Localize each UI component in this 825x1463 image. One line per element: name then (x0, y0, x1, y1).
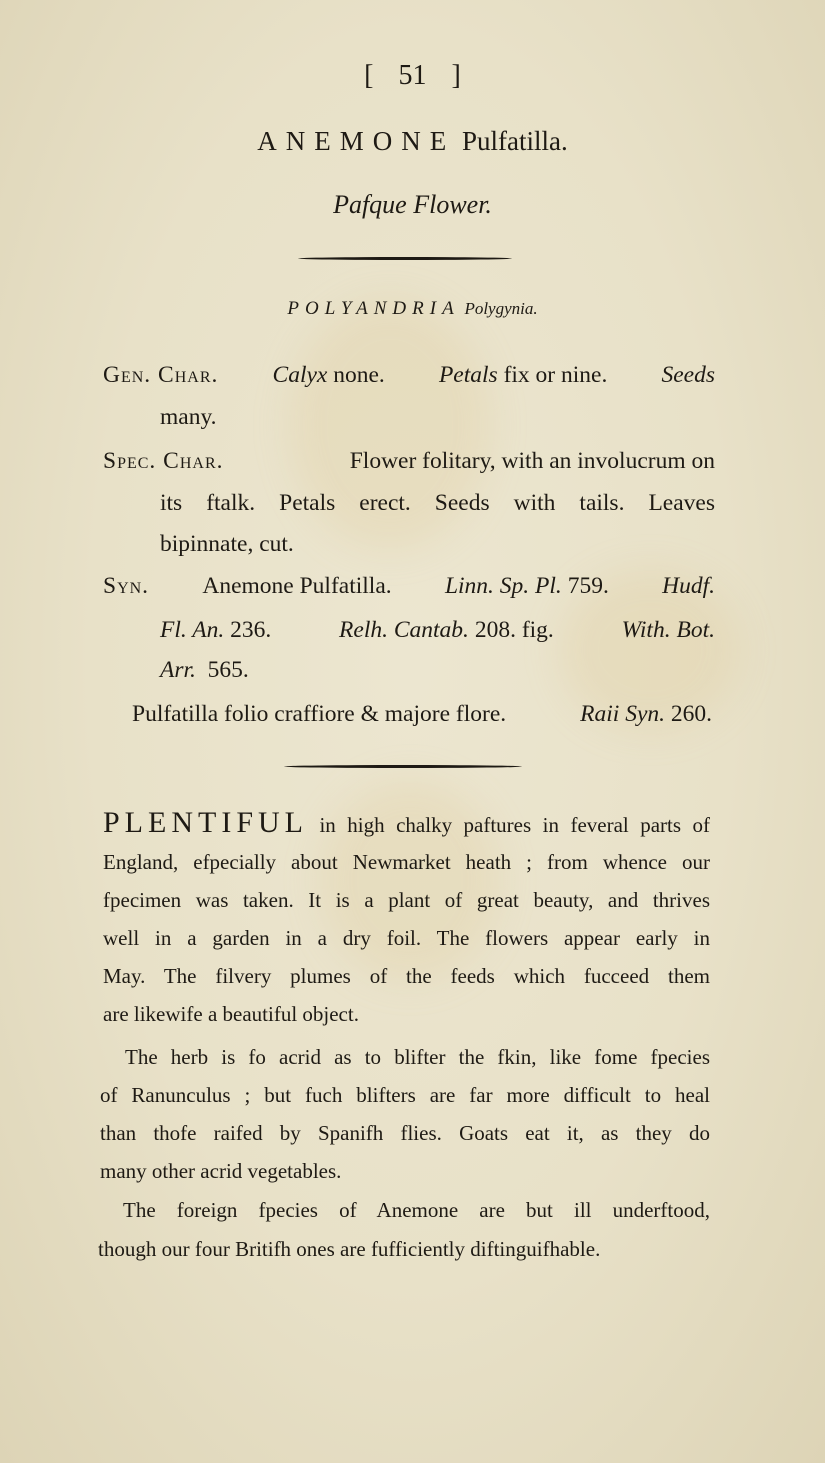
ref-page: 260. (671, 701, 712, 727)
page-title: ANEMONE Pulfatilla. (0, 126, 825, 157)
ref-linnaeus: Linn. Sp. Pl. (445, 573, 562, 599)
text: fix or nine. (498, 362, 608, 388)
text-line: The foreign fpecies of Anemone are but i… (98, 1190, 710, 1230)
common-name: Pafque Flower. (0, 190, 825, 220)
syn-text: Anemone Pulfatilla. (202, 573, 391, 600)
text-line: in high chalky paftures in feveral parts… (308, 813, 710, 837)
synonymy-line4: Pulfatilla folio craffiore & majore flor… (132, 701, 712, 728)
description-paragraph-2: The herb is fo acrid as to blifter the f… (100, 1038, 710, 1190)
ref-page: 565. (208, 657, 249, 683)
spec-char-line2: its ftalk. Petals erect. Seeds with tail… (160, 490, 715, 517)
divider-middle (284, 765, 522, 768)
synonymy: Syn. Anemone Pulfatilla. Linn. Sp. Pl. 7… (103, 573, 715, 600)
spec-char-label: Spec. Char. (103, 448, 224, 475)
gen-char-label: Gen. Char. (103, 362, 218, 389)
text-line: May. The filvery plumes of the feeds whi… (103, 957, 710, 995)
syn-ray: Pulfatilla folio craffiore & majore flor… (132, 701, 506, 728)
order-name: Polygynia. (464, 299, 537, 318)
seeds-term: Seeds (661, 362, 715, 389)
text-line: England, efpecially about Newmarket heat… (103, 843, 710, 881)
genus-name: ANEMONE (257, 126, 455, 156)
text-line: The herb is fo acrid as to blifter the f… (100, 1038, 710, 1076)
ref-page: 759. (568, 573, 609, 599)
class-name: POLYANDRIA (287, 298, 459, 319)
description-paragraph-1: PLENTIFUL in high chalky paftures in fev… (103, 802, 710, 1033)
syn-label: Syn. (103, 573, 149, 600)
species-name: Pulfatilla. (462, 126, 568, 156)
linnaean-classification: POLYANDRIA Polygynia. (0, 298, 825, 320)
text-line: well in a garden in a dry foil. The flow… (103, 919, 710, 957)
synonymy-line3: Arr. 565. (160, 657, 249, 684)
divider-top (298, 257, 512, 260)
spec-char-text: Flower folitary, with an involucrum on (350, 448, 715, 475)
text-line: fpecimen was taken. It is a plant of gre… (103, 881, 710, 919)
text-line: than thofe raifed by Spanifh flies. Goat… (100, 1114, 710, 1152)
drop-cap-word: PLENTIFUL (103, 806, 308, 839)
text-line: though our four Britifh ones are fuffici… (98, 1230, 710, 1268)
petals-term: Petals (439, 362, 498, 388)
gen-char-cont: many. (160, 404, 217, 431)
description-paragraph-3: The foreign fpecies of Anemone are but i… (98, 1190, 710, 1268)
calyx-term: Calyx (273, 362, 328, 388)
ref-arrangement: Arr. (160, 657, 196, 683)
text-line: are likewife a beautiful object. (103, 995, 710, 1033)
ref-page: 208. fig. (475, 617, 554, 643)
ref-ray: Raii Syn. (580, 701, 665, 727)
ref-flora-anglica: Fl. An. (160, 617, 224, 643)
text-line: of Ranunculus ; but fuch blifters are fa… (100, 1076, 710, 1114)
ref-page: 236. (230, 617, 271, 643)
synonymy-line2: Fl. An. 236. Relh. Cantab. 208. fig. Wit… (160, 617, 715, 644)
ref-relhan: Relh. Cantab. (339, 617, 469, 643)
text-line: many other acrid vegetables. (100, 1152, 710, 1190)
page-number: [ 51 ] (0, 60, 825, 92)
ref-hudson: Hudf. (662, 573, 715, 600)
text: none. (327, 362, 384, 388)
spec-char-line3: bipinnate, cut. (160, 531, 294, 558)
ref-withering: With. Bot. (622, 617, 715, 644)
specific-character: Spec. Char. Flower folitary, with an inv… (103, 448, 715, 475)
generic-character: Gen. Char. Calyx none. Petals fix or nin… (103, 362, 715, 389)
